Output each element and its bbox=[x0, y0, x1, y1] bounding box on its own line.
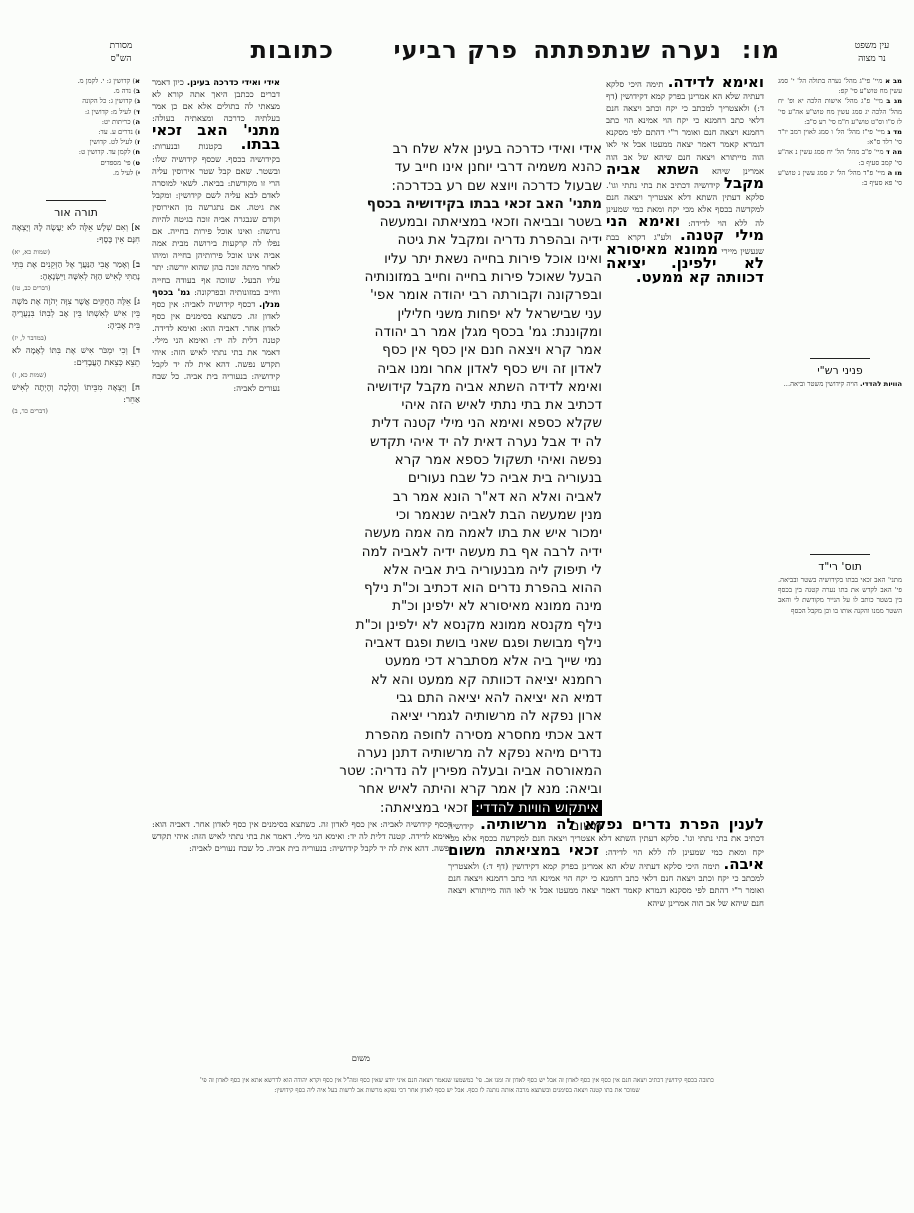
gemara-line: ידיה ובהפרת נדריה ומקבל את גיטה bbox=[306, 231, 602, 249]
gemara-line: מנין שמעשה הבת לאביה שנאמר וכי bbox=[306, 506, 602, 524]
tractate-name: כתובות bbox=[251, 36, 335, 64]
rashi-bottom-block: דכסף קידושיה לאביה: אין כסף לאדון זה. כש… bbox=[152, 818, 452, 854]
section-divider bbox=[46, 200, 106, 201]
penei-rashi-text: הויה קידושין משטר וביאה... bbox=[784, 380, 858, 388]
footer-line-2: שמוכר את בתו קטנה ויצאה בסימנים ובשתצא מ… bbox=[20, 1086, 894, 1096]
gemara-line: שקלא כספא ואימא הני מילי קטנה דלית bbox=[306, 414, 602, 432]
gemara-line: הבעל שאוכל פירות בחייה וחייב במזונותיה bbox=[306, 268, 602, 286]
gemara-text-block: אידי ואידי כדרכה בעינן אלא שלח רב כהנא מ… bbox=[306, 140, 602, 835]
gemara-line: המאורסה אביה ובעלה מפירין לה נדריה: שטר bbox=[306, 762, 602, 780]
torah-or-title: תורה אור bbox=[12, 205, 140, 221]
mesoret-entry: ב) נדה מ. bbox=[12, 86, 140, 96]
ein-mishpat-entry: מב א מיי' פי"ג מהל' נערה בתולה הל' י' סמ… bbox=[778, 76, 902, 96]
mesoret-entry: ט) פי' מספדים bbox=[12, 158, 140, 168]
gemara-line: כהנא משמיה דרבי יוחנן אינו חייב עד bbox=[306, 158, 602, 176]
gemara-line: מתני' האב זכאי בבתו בקידושיה בכסף bbox=[306, 195, 602, 213]
ein-mishpat-entry: מג ב מיי' פ"ג מהל' אישות הלכה יא ופ' יח … bbox=[778, 96, 902, 127]
gemara-line: דמיא הא יציאה להא יציאה התם גבי bbox=[306, 689, 602, 707]
mesoret-entry: ז) לעיל לט. קדושין bbox=[12, 137, 140, 147]
torah-verse: ה] וְיָצְאָה מִבֵּיתוֹ וְהָלְכָה וְהָיְת… bbox=[12, 381, 140, 418]
footer-line-1: כתובה בכסף קידושין דכתיב ויצאה חנם אין כ… bbox=[20, 1076, 894, 1086]
gemara-line: ומקוננת: גמ' בכסף מגלן אמר רב יהודה bbox=[306, 323, 602, 341]
mesoret-entry: א) קדושין ג: י. לקמן מ. bbox=[12, 76, 140, 86]
mesoret-hashas-column: א) קדושין ג: י. לקמן מ. ב) נדה מ. ג) קדו… bbox=[12, 76, 140, 178]
ein-mishpat-header-label: עין משפט נר מצוה bbox=[842, 40, 902, 66]
tos-rid-title: תוס' רי"ד bbox=[778, 559, 902, 575]
mesoret-entry: ח) לקמן עד. קדושין ט: bbox=[12, 147, 140, 157]
tosafot-bottom-dibur-1: לענין הפרת נדרים נפקא לה מרשותיה. bbox=[480, 815, 764, 833]
torah-verse: ג] אֵלֶּה הַחֻקִּים אֲשֶׁר צִוָּה יְהֹוָ… bbox=[12, 295, 140, 344]
mesoret-entry: ד) לעיל מ: קדושין ג: bbox=[12, 107, 140, 117]
gemara-line: בשטר ובביאה וזכאי במציאתה ובמעשה bbox=[306, 213, 602, 231]
mesoret-header-label: מסורת הש"ס bbox=[96, 40, 146, 66]
perek-label: פרק רביעי bbox=[394, 36, 518, 64]
rashi-column: אידי ואידי כדרכה בעינן. כיון דאמר דברים … bbox=[152, 76, 280, 394]
torah-verse: א] וְאִם שְׁלָשׁ אֵלֶּה לֹא יַעֲשֶׂה לָה… bbox=[12, 221, 140, 258]
penei-rashi-section: פניני רש"י הוויות להדדי. הויה קידושין מש… bbox=[778, 358, 902, 389]
page-footer-notes: כתובה בכסף קידושין דכתיב ויצאה חנם אין כ… bbox=[20, 1076, 894, 1096]
folio-number: מו: bbox=[742, 36, 780, 64]
gemara-line: אידי ואידי כדרכה בעינן אלא שלח רב bbox=[306, 140, 602, 158]
torah-verse: ב] וְאָמַר אֲבִי הַנַּעֲרָ אֶל הַזְּקֵנִ… bbox=[12, 258, 140, 295]
chapter-name: נערה שנתפתתה bbox=[533, 36, 722, 64]
ein-mishpat-column: מב א מיי' פי"ג מהל' נערה בתולה הל' י' סמ… bbox=[778, 76, 902, 188]
gemara-line: ובפרקונה וקבורתה רבי יהודה אומר אפי' bbox=[306, 286, 602, 304]
gemara-line: נילף מקנסא ממונא מקנסא לא ילפינן וכ"ת bbox=[306, 616, 602, 634]
gemara-line: לי תיפוק ליה מבנעוריה בית אביה אלא bbox=[306, 561, 602, 579]
highlighted-phrase[interactable]: איתקוש הוויות להדדי: bbox=[472, 800, 602, 816]
gemara-after-highlight: זכאי במציאתה: bbox=[380, 800, 468, 816]
gemara-line: בנעוריה בית אביה כל שבח נעורים bbox=[306, 469, 602, 487]
bottom-end-word: משום bbox=[330, 1052, 370, 1064]
gemara-line: ואימא לדידה השתא אביה מקבל קידושיה bbox=[306, 378, 602, 396]
gemara-line: דאב אכתי מחסרא מסירה לחופה מהפרת bbox=[306, 726, 602, 744]
torah-verse: ד] וְכִי יִמְכֹּר אִישׁ אֶת בִּתּוֹ לְאָ… bbox=[12, 344, 140, 381]
penei-rashi-dibur: הוויות להדדי. bbox=[860, 380, 902, 388]
mesoret-entry: ג) קדושין ג: כל הקונה bbox=[12, 96, 140, 106]
gemara-line: ההוא בהפרת נדרים הוא דכתיב וכ"ת נילף bbox=[306, 579, 602, 597]
gemara-line: נילף מבושת ופגם שאני בושת ופגם דאביה bbox=[306, 634, 602, 652]
gemara-line: אמר קרא ויצאה חנם אין כסף אין כסף bbox=[306, 341, 602, 359]
ein-mishpat-entry: מד ג מיי' פי"ז מהל' הל' ו סמג לאוין רמב … bbox=[778, 127, 902, 147]
gemara-line: ימכור איש את בתו לאמה מה אמה מעשה bbox=[306, 524, 602, 542]
gemara-line: לאדון זה ויש כסף לאדון אחר ומנו אביה bbox=[306, 360, 602, 378]
gemara-line: מינה ממונא מאיסורא לא ילפינן וכ"ת bbox=[306, 597, 602, 615]
gemara-line: וביאה: מנא לן אמר קרא והיתה לאיש אחר bbox=[306, 780, 602, 798]
tos-rid-text: מתני' האב זכאי בבתו בקידושיה בשטר ובביאה… bbox=[778, 575, 902, 616]
mesoret-entry: ה) כריתות יט: bbox=[12, 117, 140, 127]
gemara-line: נדרים מיהא נפקא לה מרשותיה דתנן נערה bbox=[306, 744, 602, 762]
mesoret-entry: ו) נדרים ע. עד: bbox=[12, 127, 140, 137]
gemara-line: לה יד אבל נערה דאית לה יד איהי תקדש bbox=[306, 433, 602, 451]
tos-rid-section: תוס' רי"ד מתני' האב זכאי בבתו בקידושיה ב… bbox=[778, 554, 902, 616]
gemara-line: ארון נפקא לה מרשותיה לגמרי יציאה bbox=[306, 707, 602, 725]
torah-or-section: תורה אור א] וְאִם שְׁלָשׁ אֵלֶּה לֹא יַע… bbox=[12, 200, 140, 418]
rashi-text-2: בקטנות ובנערות: בקידושיה בכסף. שכסף קידו… bbox=[152, 141, 280, 296]
mesoret-entry: י) לעיל מ. bbox=[12, 168, 140, 178]
gemara-line: דכתיב את בתי נתתי לאיש הזה איהי bbox=[306, 396, 602, 414]
penei-rashi-title: פניני רש"י bbox=[778, 363, 902, 379]
gemara-line: שבעול כדרכה ויוצא שם רע בכדרכה: bbox=[306, 177, 602, 195]
gemara-line: נפשה ואיהי תשקול כספא אמר קרא bbox=[306, 451, 602, 469]
gemara-line: נמי שייך ביה אלא מסתברא דכי ממעט bbox=[306, 652, 602, 670]
gemara-line: ואינו אוכל פירות בחייה נשאת יתר עליו bbox=[306, 250, 602, 268]
rashi-opening-dibur: אידי ואידי כדרכה בעינן. bbox=[187, 77, 280, 87]
tosafot-dibur-1: ואימא לדידה. bbox=[668, 73, 764, 91]
gemara-line: לאביה ואלא הא דא"ר הונא אמר רב bbox=[306, 488, 602, 506]
ein-mishpat-entry: מו ה מיי' פ"ד מהל' הל' יג סמג עשין נ טוש… bbox=[778, 168, 902, 188]
ein-mishpat-entry: מה ד מיי' פ"ב מהל' הל' יח סמג עשין נ אה"… bbox=[778, 147, 902, 167]
section-divider bbox=[810, 554, 870, 555]
rashi-text-3: דכסף קידושיה לאביה: אין כסף לאדון זה. כש… bbox=[152, 299, 280, 394]
section-divider bbox=[810, 358, 870, 359]
tosafot-column: ואימא לדידה. תימה היכי סלקא דעתיה שלא הא… bbox=[606, 76, 764, 286]
tosafot-bottom-block: לענין הפרת נדרים נפקא לה מרשותיה. קידושי… bbox=[448, 818, 764, 909]
gemara-line: רחמנא יציאה דכוותה קא ממעט והא לא bbox=[306, 671, 602, 689]
gemara-line: עני שבישראל לא יפחות משני חלילין bbox=[306, 305, 602, 323]
gemara-line: ידיה לרבה אף בת מעשה ידיה לאביה למה bbox=[306, 543, 602, 561]
